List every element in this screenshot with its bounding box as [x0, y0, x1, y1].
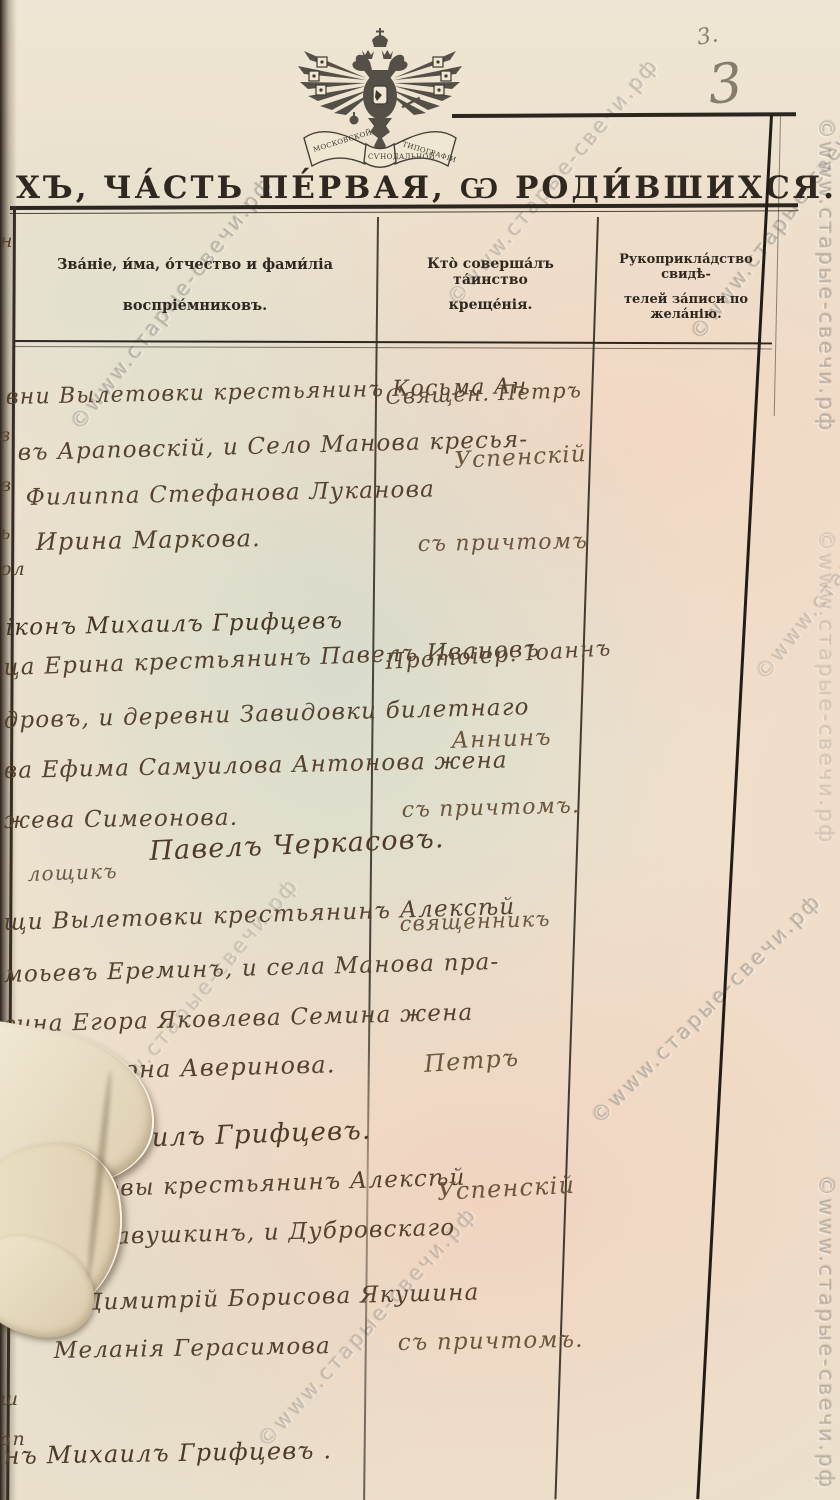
handwritten-officiant-line: Успенскій	[437, 1171, 576, 1206]
handwritten-godparents-line: іконъ Михаилъ Грифцевъ	[5, 608, 343, 641]
column-header-witnesses-line2: телей за́писи по жела́нію.	[604, 292, 768, 322]
handwritten-godparents-line: въ Араповскій, и Село Манова кресья-	[17, 427, 528, 466]
handwritten-godparents-line: Ирина Маркова.	[36, 524, 262, 556]
imperial-eagle-emblem: МОСКОВСКОЙ СѴНОДАЛЬНОЙ ТИПОГРАФІИ	[290, 26, 470, 176]
table-right-border-inner	[774, 116, 781, 416]
handwritten-officiant-line: Петръ	[423, 1043, 520, 1078]
watermark-text: ©www.старые-свечи.рф	[814, 1175, 838, 1490]
handwritten-godparents-line: жева Симеонова.	[4, 805, 239, 834]
handwritten-officiant-line: священникъ	[399, 907, 551, 936]
margin-fragment: ш	[0, 1388, 19, 1410]
watermark-text: ©www.старые-свечи.рф	[587, 889, 827, 1129]
handwritten-officiant-line: Аннинъ	[451, 725, 552, 754]
handwritten-officiant-line: съ причтомъ.	[398, 1327, 584, 1356]
column-divider-2	[554, 217, 598, 1499]
column-header-godparents-line2: воспріе́мниковъ.	[30, 297, 360, 314]
column-header-witnesses-line1: Рукоприкла́дство свидѣ-	[604, 252, 768, 282]
margin-fragment: ап	[0, 1428, 26, 1450]
handwritten-officiant-line: Успенскій	[454, 441, 588, 474]
page-title: ХЪ, ЧА́СТЬ ПЕ́РВАЯ, Ѡ РОДИ́ВШИХСЯ.	[16, 170, 837, 206]
margin-fragment: н	[0, 230, 14, 252]
watermark-text: ©www.старые-свечи.рф	[814, 118, 838, 433]
metric-book-page-scan: ©www.старые-свечи.рф ©www.старые-свечи.р…	[0, 0, 840, 1500]
handwritten-godparents-line: лощикъ	[27, 859, 118, 886]
column-header-officiant-line1: Кто̀ соверша́лъ та́инство	[388, 256, 593, 288]
handwritten-officiant-line: съ причтомъ.	[401, 793, 580, 823]
margin-fragment: ол	[0, 558, 26, 580]
handwritten-godparents-line: Меланія Герасимова	[54, 1333, 332, 1364]
margin-fragment: в	[0, 474, 12, 496]
column-header-godparents-line1: Зва́ніе, и́ма, о́тчество и фами́ліа	[30, 256, 360, 273]
handwritten-officiant-line: съ причтомъ	[418, 529, 589, 557]
top-border-rule	[452, 112, 796, 118]
handwritten-signature: нъ Михаилъ Грифцевъ .	[4, 1436, 333, 1470]
margin-fragment: з	[0, 424, 12, 446]
watermark-text: ©www.старые-свечи.рф	[814, 530, 838, 845]
column-header-officiant-line2: креще́нія.	[388, 297, 593, 313]
folio-number-large: 3	[705, 50, 746, 116]
title-rule-thin	[10, 210, 798, 214]
margin-fragment: ь	[0, 522, 12, 544]
handwritten-godparents-line: гина Егора Яковлева Семина жена	[3, 1000, 473, 1038]
handwritten-godparents-line: ва Ефима Самуилова Антонова жена	[3, 747, 508, 784]
handwritten-godparents-line: моьевъ Ереминъ, и села Манова пра-	[3, 949, 499, 988]
double-headed-eagle-icon: МОСКОВСКОЙ СѴНОДАЛЬНОЙ ТИПОГРАФІИ	[290, 26, 470, 176]
folio-number-small: 3.	[695, 22, 720, 50]
